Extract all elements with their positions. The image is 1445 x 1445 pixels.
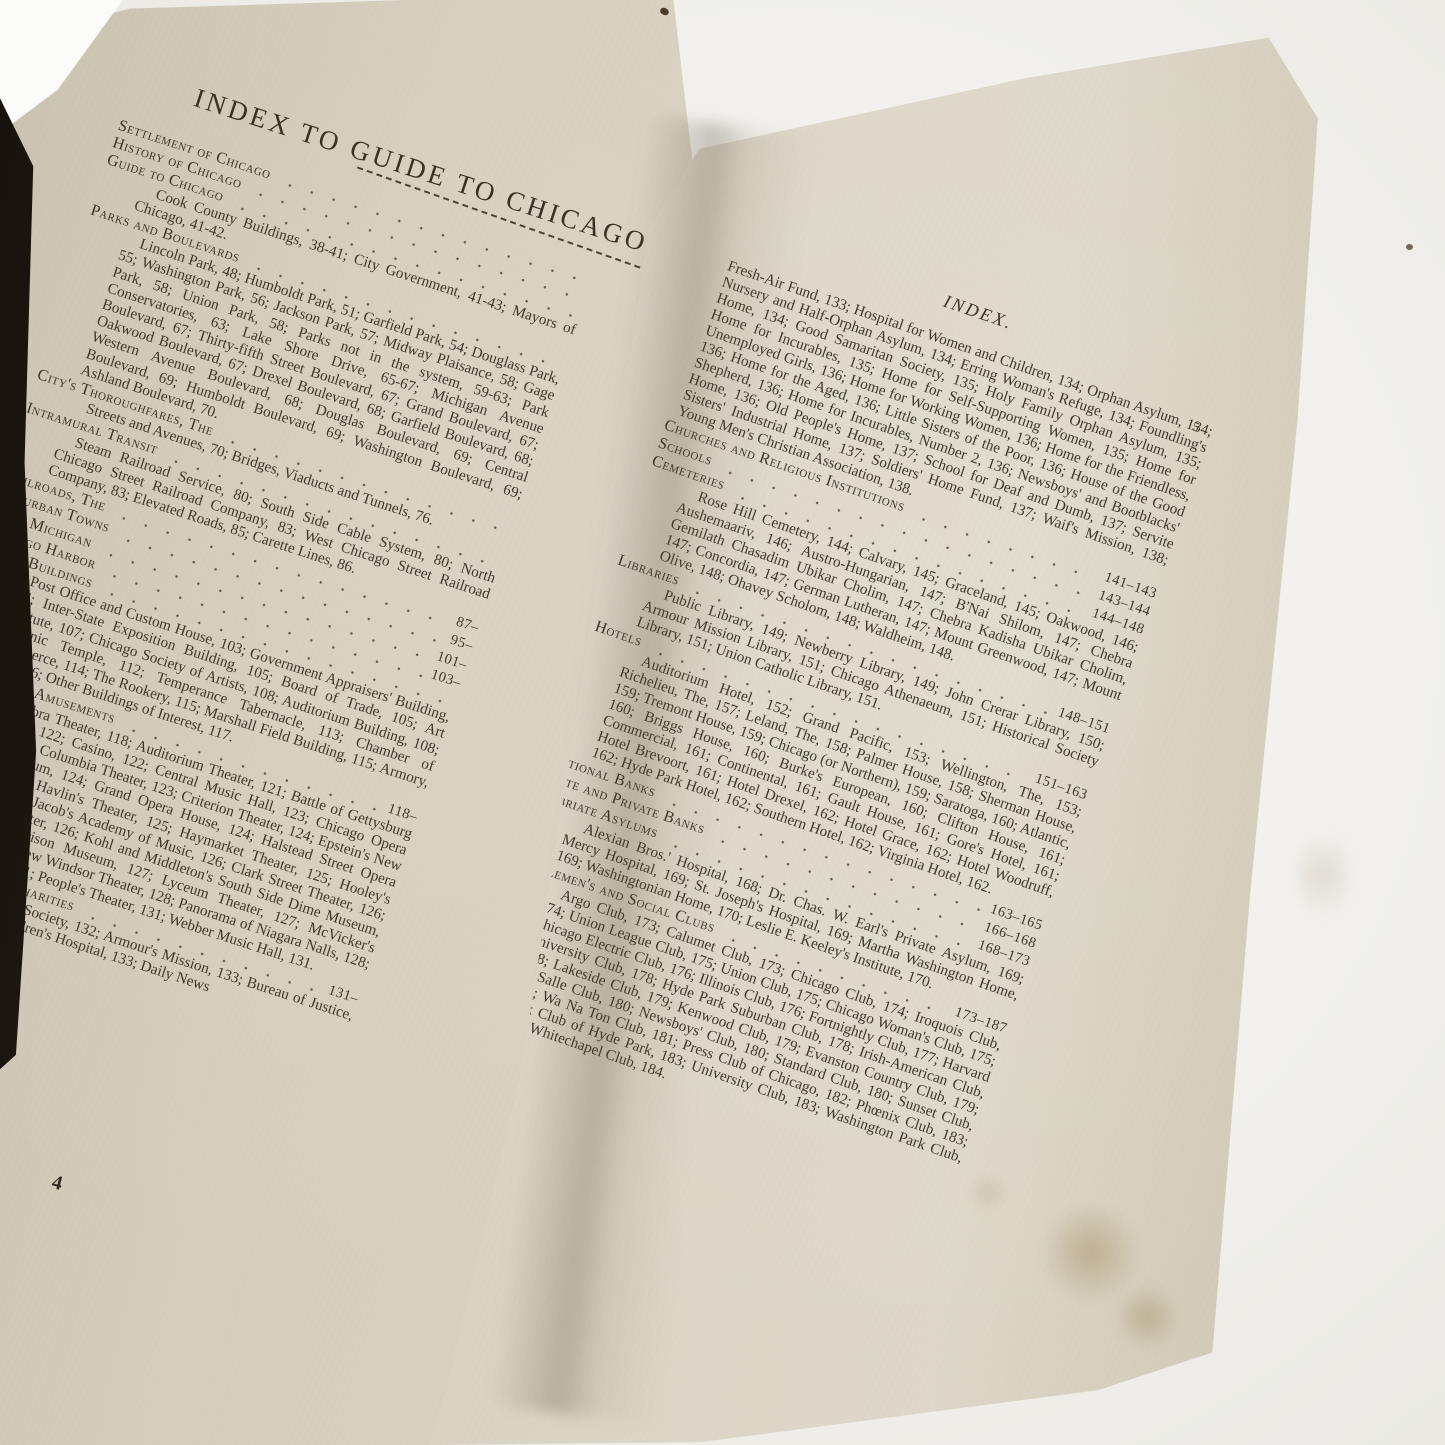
ink-speck xyxy=(1406,244,1413,250)
paper-stain xyxy=(1298,820,1348,930)
book-photo: INDEX TO GUIDE TO CHICAGO. Settlement of… xyxy=(0,0,1445,1445)
left-page-number: 4 xyxy=(49,1171,64,1196)
index-header: INDEX. xyxy=(941,291,1016,334)
left-index-list: Settlement of Chicago History of Chicago xyxy=(0,110,595,1040)
left-page-text-block: INDEX TO GUIDE TO CHICAGO. Settlement of… xyxy=(0,56,613,1042)
